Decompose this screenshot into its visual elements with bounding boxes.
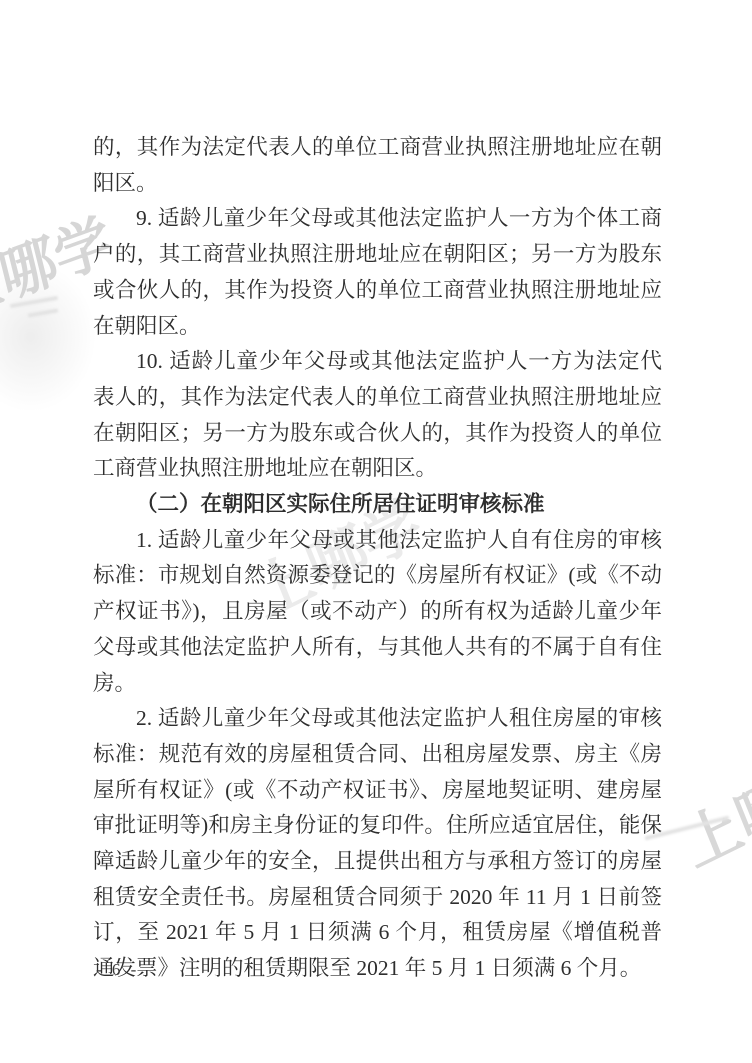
paragraph-item-1: 1. 适龄儿童少年父母或其他法定监护人自有住房的审核标准：市规划自然资源委登记的… [93,523,662,702]
paragraph-item-10: 10. 适龄儿童少年父母或其他法定监护人一方为法定代表人的，其作为法定代表人的单… [93,344,662,487]
paragraph-item-2: 2. 适龄儿童少年父母或其他法定监护人租住房屋的审核标准：规范有效的房屋租赁合同… [93,701,662,987]
document-page: { "page": { "width": 752, "height": 1063… [0,0,752,1063]
paragraph-item-9: 9. 适龄儿童少年父母或其他法定监护人一方为个体工商户的，其工商营业执照注册地址… [93,201,662,344]
section-heading: （二）在朝阳区实际住所居住证明审核标准 [93,487,662,523]
scan-smudge [0,262,96,412]
page-number: - 6 - [96,960,139,980]
paragraph-continuation: 的，其作为法定代表人的单位工商营业执照注册地址应在朝阳区。 [93,130,662,201]
watermark-brand-text-lower-right: 上哪学 [669,729,752,883]
watermark-small-print [10,296,58,308]
watermark-small-print [28,308,58,317]
document-body: 的，其作为法定代表人的单位工商营业执照注册地址应在朝阳区。 9. 适龄儿童少年父… [93,130,662,987]
